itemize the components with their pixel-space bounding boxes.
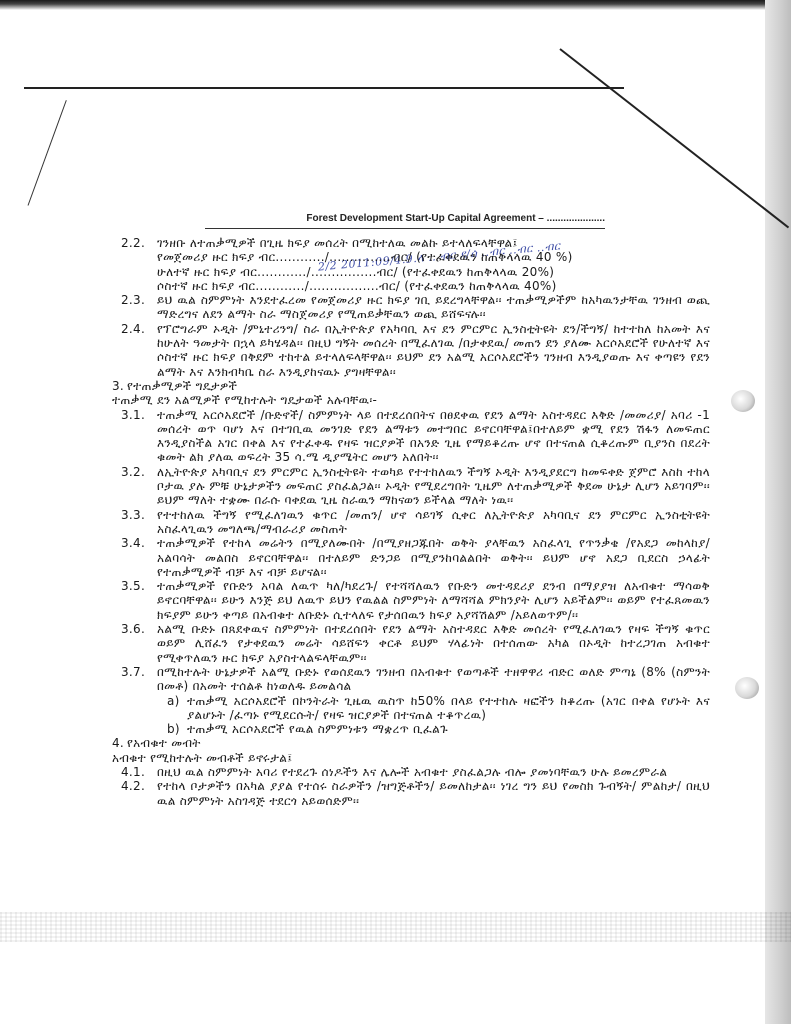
scan-right-edge bbox=[765, 0, 791, 1024]
section-4-intro: አብቁተ የሚከተሉት መብቶች ይኖሩታል፤ bbox=[112, 751, 710, 765]
clause-text: በሚከተሉት ሁኔታዎች አልሚ ቡድኑ የወሰደዉን ገንዘብ በአብቁተ የ… bbox=[157, 665, 710, 693]
section-title: የተጠቃሚዎች ግዴታዎች bbox=[127, 379, 237, 393]
subclause-text: ተጠቃሚ አርሶአደሮች የዉል ስምምነቱን ማቋረጥ ቢፈልጉ bbox=[187, 722, 448, 736]
punch-hole-icon bbox=[735, 677, 759, 699]
payment-line-third: ሶስተኛ ዙር ክፍያ ብር............/.............… bbox=[115, 279, 710, 293]
clause-text: ተጠቃሚዎች የቡድን አባል ለዉጥ ካለ/ካደረጉ/ የተሻሻለዉን የቡድ… bbox=[157, 579, 710, 622]
section-4-heading: 4. የአብቁተ መብት bbox=[115, 736, 710, 750]
clause-3-3: 3.3. የተተከለዉ ችግኝ የሚፈለገዉን ቁጥር /መጠን/ ሆኖ ሳይገ… bbox=[115, 508, 710, 537]
clause-3-7: 3.7. በሚከተሉት ሁኔታዎች አልሚ ቡድኑ የወሰደዉን ገንዘብ በአ… bbox=[115, 665, 710, 694]
clause-number: 3.6. bbox=[121, 622, 145, 636]
clause-number: 2.3. bbox=[121, 293, 145, 307]
clause-3-2: 3.2. ለኢትዮጵያ አካባቢና ደን ምርምር ኢንስቲትዩት ተወካይ የ… bbox=[115, 465, 710, 508]
running-header: Forest Development Start-Up Capital Agre… bbox=[205, 206, 605, 229]
clause-4-2: 4.2. የተከላ ቦታዎችን በአካል ያያል የተሰሩ ስራዎችን /ዝግጅ… bbox=[115, 779, 710, 808]
document-body: 2.2. ገንዘቡ ለተጠቃሚዎች በጊዜ ክፍያ መሰረት በሚከተለዉ መል… bbox=[115, 236, 710, 808]
clause-4-1: 4.1. በዚህ ዉል ስምምነት አባሪ የተደረጉ ሰነዶችን እና ሌሎች… bbox=[115, 765, 710, 779]
clause-text: ተጠቃሚዎች የተከላ መሬትን በሚያለሙበት /በሚያዘጋጁበት ወቅት ያ… bbox=[157, 536, 710, 579]
clause-3-1: 3.1. ተጠቃሚ አርሶአደሮች /ቡድኖች/ ስምምነት ላይ በተደረሰበ… bbox=[115, 408, 710, 465]
section-3-heading: 3. የተጠቃሚዎች ግዴታዎች bbox=[115, 379, 710, 393]
clause-3-5: 3.5. ተጠቃሚዎች የቡድን አባል ለዉጥ ካለ/ካደረጉ/ የተሻሻለዉ… bbox=[115, 579, 710, 622]
clause-number: 2.4. bbox=[121, 322, 145, 336]
subclause-letter: a) bbox=[167, 694, 180, 708]
clause-text: ተጠቃሚ አርሶአደሮች /ቡድኖች/ ስምምነት ላይ በተደረሰበትና በፀ… bbox=[157, 408, 710, 465]
payment-line-first: የመጀመሪያ ዙር ክፍያ ብር............/...........… bbox=[115, 250, 710, 264]
section-number: 4. bbox=[112, 736, 124, 750]
section-3-intro: ተጠቃሚ ደን አልሚዎች የሚከተሉት ግዴታወች አሉባቸዉ፡- bbox=[112, 393, 710, 407]
section-title: የአብቁተ መብት bbox=[127, 736, 201, 750]
clause-number: 4.2. bbox=[121, 779, 145, 793]
clause-text: የተተከለዉ ችግኝ የሚፈለገዉን ቁጥር /መጠን/ ሆኖ ሳይገኝ ሲቀር… bbox=[157, 508, 710, 536]
clause-3-7-b: b) ተጠቃሚ አርሶአደሮች የዉል ስምምነቱን ማቋረጥ ቢፈልጉ bbox=[115, 722, 710, 736]
clause-number: 3.4. bbox=[121, 536, 145, 550]
clause-number: 2.2. bbox=[121, 236, 145, 250]
scan-noise-band bbox=[0, 912, 791, 942]
clause-2-2: 2.2. ገንዘቡ ለተጠቃሚዎች በጊዜ ክፍያ መሰረት በሚከተለዉ መል… bbox=[115, 236, 710, 250]
clause-text: ገንዘቡ ለተጠቃሚዎች በጊዜ ክፍያ መሰረት በሚከተለዉ መልኩ ይተላ… bbox=[157, 236, 518, 250]
clause-number: 4.1. bbox=[121, 765, 145, 779]
subclause-text: ተጠቃሚ አርሶአደሮች በኮንትራት ጊዜዉ ዉስጥ ከ50% በላይ የተተ… bbox=[187, 694, 710, 722]
clause-text: አልሚ ቡድኑ በጸደቀዉና ስምምነት በተደረሰበት የደን ልማት አስተ… bbox=[157, 622, 710, 665]
clause-number: 3.7. bbox=[121, 665, 145, 679]
clause-number: 3.2. bbox=[121, 465, 145, 479]
clause-3-7-a: a) ተጠቃሚ አርሶአደሮች በኮንትራት ጊዜዉ ዉስጥ ከ50% በላይ … bbox=[115, 694, 710, 723]
clause-text: የፕሮግራም ኦዲት /ምኒተሪንግ/ ስራ በኢትዮጵያ የአካባቢ እና ደ… bbox=[157, 322, 710, 379]
clause-number: 3.5. bbox=[121, 579, 145, 593]
document-title: Forest Development Start-Up Capital Agre… bbox=[306, 213, 605, 224]
clause-text: የተከላ ቦታዎችን በአካል ያያል የተሰሩ ስራዎችን /ዝግጅቶችን/ … bbox=[157, 779, 710, 807]
clause-2-4: 2.4. የፕሮግራም ኦዲት /ምኒተሪንግ/ ስራ በኢትዮጵያ የአካባቢ… bbox=[115, 322, 710, 379]
scan-artifact-line bbox=[28, 100, 67, 206]
section-number: 3. bbox=[112, 379, 124, 393]
clause-3-4: 3.4. ተጠቃሚዎች የተከላ መሬትን በሚያለሙበት /በሚያዘጋጁበት … bbox=[115, 536, 710, 579]
clause-3-6: 3.6. አልሚ ቡድኑ በጸደቀዉና ስምምነት በተደረሰበት የደን ልማ… bbox=[115, 622, 710, 665]
clause-text: ለኢትዮጵያ አካባቢና ደን ምርምር ኢንስቲትዩት ተወካይ የተተከለዉ… bbox=[157, 465, 710, 508]
clause-number: 3.3. bbox=[121, 508, 145, 522]
page-fold-line bbox=[24, 87, 624, 89]
clause-text: ይህ ዉል ስምምነት እንደተፈረመ የመጀመሪያ ዙር ክፍያ ገቢ ይደረ… bbox=[157, 293, 710, 321]
punch-hole-icon bbox=[731, 390, 755, 412]
clause-2-3: 2.3. ይህ ዉል ስምምነት እንደተፈረመ የመጀመሪያ ዙር ክፍያ ገ… bbox=[115, 293, 710, 322]
clause-text: በዚህ ዉል ስምምነት አባሪ የተደረጉ ሰነዶችን እና ሌሎች አብቁተ… bbox=[157, 765, 667, 779]
payment-line-second: ሁለተኛ ዙር ክፍያ ብር............/.............… bbox=[115, 265, 710, 279]
subclause-letter: b) bbox=[167, 722, 180, 736]
scan-top-edge bbox=[0, 0, 791, 10]
clause-number: 3.1. bbox=[121, 408, 145, 422]
page-fold-corner bbox=[559, 48, 789, 228]
